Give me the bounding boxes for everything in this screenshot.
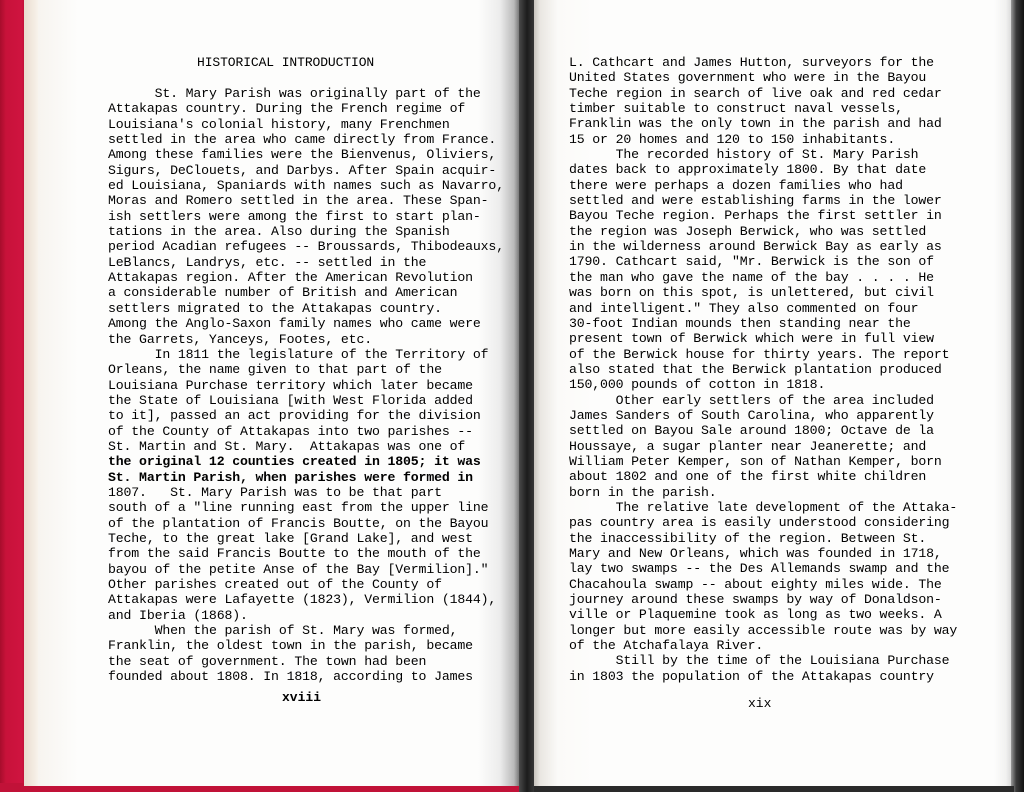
text-line: Other parishes created out of the County… <box>108 577 504 592</box>
text-line: was born on this spot, is unlettered, bu… <box>569 285 957 300</box>
text-line: settlers migrated to the Attakapas count… <box>108 301 504 316</box>
text-line: the seat of government. The town had bee… <box>108 654 504 669</box>
text-line: in 1803 the population of the Attakapas … <box>569 669 957 684</box>
text-line: Franklin, the oldest town in the parish,… <box>108 638 504 653</box>
text-line: Teche region in search of live oak and r… <box>569 86 957 101</box>
text-line: journey around these swamps by way of Do… <box>569 592 957 607</box>
text-line: Louisiana's colonial history, many Frenc… <box>108 117 504 132</box>
text-line: 15 or 20 homes and 120 to 150 inhabitant… <box>569 132 957 147</box>
text-line: of the plantation of Francis Boutte, on … <box>108 516 504 531</box>
text-line: pas country area is easily understood co… <box>569 515 957 530</box>
text-line: William Peter Kemper, son of Nathan Kemp… <box>569 454 957 469</box>
text-line: The recorded history of St. Mary Parish <box>569 147 957 162</box>
text-line: Orleans, the name given to that part of … <box>108 362 504 377</box>
text-line: of the County of Attakapas into two pari… <box>108 424 504 439</box>
text-line: in the wilderness around Berwick Bay as … <box>569 239 957 254</box>
text-line: of the Atchafalaya River. <box>569 638 957 653</box>
text-line: and Iberia (1868). <box>108 608 504 623</box>
text-line: the Garrets, Yanceys, Footes, etc. <box>108 332 504 347</box>
page-number-right: xix <box>748 696 771 711</box>
text-line: lay two swamps -- the Des Allemands swam… <box>569 561 957 576</box>
text-line: period Acadian refugees -- Broussards, T… <box>108 239 504 254</box>
text-line: the region was Joseph Berwick, who was s… <box>569 224 957 239</box>
text-line: founded about 1808. In 1818, according t… <box>108 669 504 684</box>
text-line: ville or Plaquemine took as long as two … <box>569 607 957 622</box>
page-heading: HISTORICAL INTRODUCTION <box>197 55 374 70</box>
text-line: dates back to approximately 1800. By tha… <box>569 162 957 177</box>
left-page-body: St. Mary Parish was originally part of t… <box>108 86 504 684</box>
text-line: timber suitable to construct naval vesse… <box>569 101 957 116</box>
text-line: and intelligent." They also commented on… <box>569 301 957 316</box>
text-line: Attakapas region. After the American Rev… <box>108 270 504 285</box>
text-line: Bayou Teche region. Perhaps the first se… <box>569 208 957 223</box>
text-line: about 1802 and one of the first white ch… <box>569 469 957 484</box>
text-line: Chacahoula swamp -- about eighty miles w… <box>569 577 957 592</box>
text-line: Houssaye, a sugar planter near Jeanerett… <box>569 439 957 454</box>
right-page-edge <box>1011 0 1024 792</box>
text-line: Attakapas country. During the French reg… <box>108 101 504 116</box>
text-line: the original 12 counties created in 1805… <box>108 454 504 469</box>
text-line: LeBlancs, Landrys, etc. -- settled in th… <box>108 255 504 270</box>
text-line: Among the Anglo-Saxon family names who c… <box>108 316 504 331</box>
text-line: 150,000 pounds of cotton in 1818. <box>569 377 957 392</box>
text-line: Moras and Romero settled in the area. Th… <box>108 193 504 208</box>
text-line: the inaccessibility of the region. Betwe… <box>569 531 957 546</box>
text-line: a considerable number of British and Ame… <box>108 285 504 300</box>
text-line: settled and were establishing farms in t… <box>569 193 957 208</box>
text-line: The relative late development of the Att… <box>569 500 957 515</box>
text-line: In 1811 the legislature of the Territory… <box>108 347 504 362</box>
text-line: to it], passed an act providing for the … <box>108 408 504 423</box>
text-line: born in the parish. <box>569 485 957 500</box>
text-line: St. Mary Parish was originally part of t… <box>108 86 504 101</box>
text-line: present town of Berwick which were in fu… <box>569 331 957 346</box>
text-line: Still by the time of the Louisiana Purch… <box>569 653 957 668</box>
text-line: settled on Bayou Sale around 1800; Octav… <box>569 423 957 438</box>
text-line: St. Martin Parish, when parishes were fo… <box>108 470 504 485</box>
text-line: of the Berwick house for thirty years. T… <box>569 347 957 362</box>
text-line: from the said Francis Boutte to the mout… <box>108 546 504 561</box>
text-line: Teche, to the great lake [Grand Lake], a… <box>108 531 504 546</box>
text-line: ed Louisiana, Spaniards with names such … <box>108 178 504 193</box>
text-line: James Sanders of South Carolina, who app… <box>569 408 957 423</box>
text-line: St. Martin and St. Mary. Attakapas was o… <box>108 439 504 454</box>
text-line: Attakapas were Lafayette (1823), Vermili… <box>108 592 504 607</box>
text-line: tations in the area. Also during the Spa… <box>108 224 504 239</box>
book-cover-edge <box>0 0 26 792</box>
text-line: 1790. Cathcart said, "Mr. Berwick is the… <box>569 254 957 269</box>
text-line: Franklin was the only town in the parish… <box>569 116 957 131</box>
text-line: longer but more easily accessible route … <box>569 623 957 638</box>
text-line: there were perhaps a dozen families who … <box>569 178 957 193</box>
text-line: Sigurs, DeClouets, and Darbys. After Spa… <box>108 163 504 178</box>
text-line: the State of Louisiana [with West Florid… <box>108 393 504 408</box>
book-gutter <box>519 0 535 792</box>
text-line: Among these families were the Bienvenus,… <box>108 147 504 162</box>
text-line: settled in the area who came directly fr… <box>108 132 504 147</box>
text-line: 1807. St. Mary Parish was to be that par… <box>108 485 504 500</box>
text-line: United States government who were in the… <box>569 70 957 85</box>
text-line: Louisiana Purchase territory which later… <box>108 378 504 393</box>
text-line: Other early settlers of the area include… <box>569 393 957 408</box>
text-line: 30-foot Indian mounds then standing near… <box>569 316 957 331</box>
text-line: When the parish of St. Mary was formed, <box>108 623 504 638</box>
text-line: bayou of the petite Anse of the Bay [Ver… <box>108 562 504 577</box>
text-line: south of a "line running east from the u… <box>108 500 504 515</box>
text-line: L. Cathcart and James Hutton, surveyors … <box>569 55 957 70</box>
text-line: Mary and New Orleans, which was founded … <box>569 546 957 561</box>
page-number-left: xviii <box>282 690 321 705</box>
text-line: also stated that the Berwick plantation … <box>569 362 957 377</box>
text-line: the man who gave the name of the bay . .… <box>569 270 957 285</box>
page-bottom-shadow <box>534 786 1014 792</box>
right-page-body: L. Cathcart and James Hutton, surveyors … <box>569 55 957 684</box>
text-line: ish settlers were among the first to sta… <box>108 209 504 224</box>
